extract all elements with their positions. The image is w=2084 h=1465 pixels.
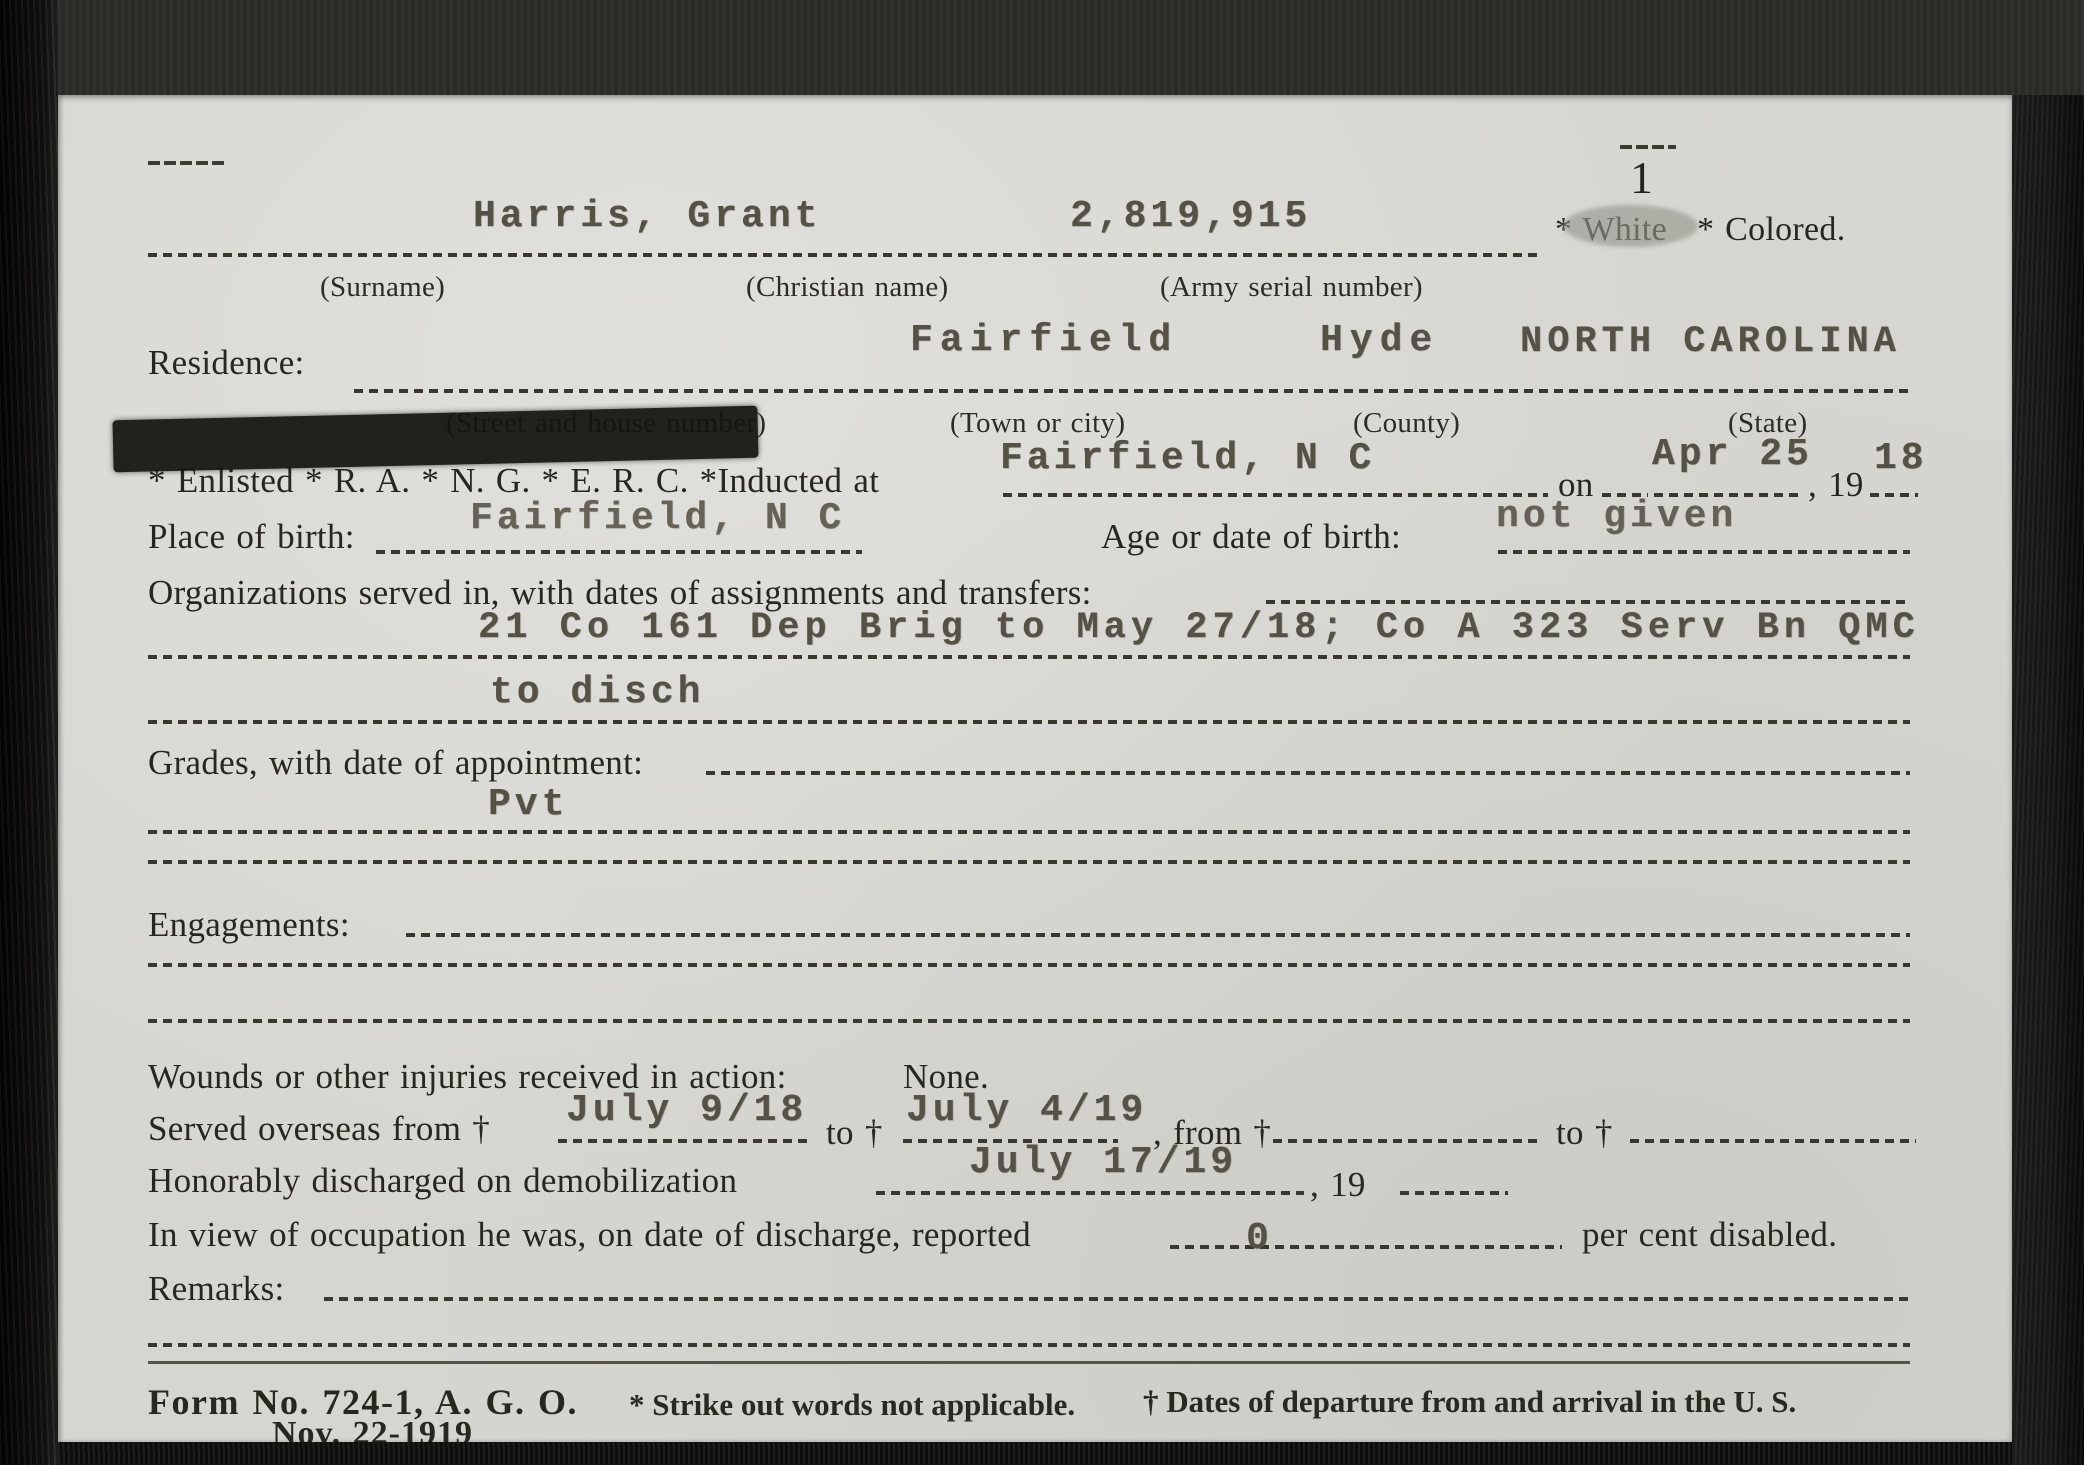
dotted-rule [1630,1139,1916,1143]
overseas-to1-value: July 4/19 [906,1089,1147,1132]
dotted-rule [324,1297,1908,1301]
scan-bottom-band [58,1442,2012,1465]
dotted-rule [148,1019,1910,1023]
disability-percent-value: 0 [1246,1217,1273,1260]
christian-name-caption: (Christian name) [746,271,949,304]
dotted-rule [1266,600,1910,604]
dotted-rule [876,1191,1304,1195]
dotted-rule [148,253,1543,257]
discharge-year-19-label: , 19 [1310,1165,1366,1205]
form-revision-note-clipped: Nov. 22-1919 [272,1415,473,1442]
surname-caption: (Surname) [320,271,445,304]
dotted-rule [148,963,1910,967]
induction-date-value: Apr 25 [1652,433,1813,476]
birthplace-label: Place of birth: [148,517,355,557]
town-caption: (Town or city) [950,407,1125,440]
organizations-line1-value: 21 Co 161 Dep Brig to May 27/18; Co A 32… [478,607,1920,649]
dotted-rule [354,389,1908,393]
dotted-rule [706,771,1910,775]
age-label: Age or date of birth: [1101,517,1401,557]
induction-year-value: 18 [1874,437,1928,480]
overseas-from1-value: July 9/18 [566,1089,807,1132]
county-caption: (County) [1353,407,1460,440]
dotted-rule [406,933,1910,937]
race-colored-option: * Colored. [1697,211,1846,249]
disability-suffix-label: per cent disabled. [1582,1215,1837,1255]
grade-value: Pvt [488,783,568,826]
scan-top-band [58,0,2084,95]
race-white-strike-smudge [1563,205,1698,247]
overseas-to-label2: to † [1556,1113,1613,1153]
overseas-to-label1: to † [826,1113,883,1153]
serial-caption: (Army serial number) [1160,271,1423,304]
serial-value: 2,819,915 [1070,195,1311,238]
dotted-rule [148,830,1910,834]
overseas-label: Served overseas from † [148,1109,490,1149]
name-value: Harris, Grant [473,195,821,238]
top-left-tick-mark [148,161,228,165]
dotted-rule [1273,1139,1543,1143]
residence-state-value: NORTH CAROLINA [1520,321,1901,363]
dotted-rule [148,720,1910,724]
inducted-place-value: Fairfield, N C [1000,437,1375,480]
scan-right-band [2012,95,2084,1465]
disability-label: In view of occupation he was, on date of… [148,1215,1031,1255]
dotted-rule [148,655,1910,659]
dotted-rule [148,1343,1910,1347]
age-value: not given [1496,495,1737,538]
discharge-date-value: July 17/19 [969,1141,1237,1184]
dotted-rule [1870,493,1918,497]
dotted-rule [1400,1191,1508,1195]
remarks-label: Remarks: [148,1269,285,1309]
residence-county-value: Hyde [1320,319,1439,362]
footer-divider-rule [148,1361,1910,1364]
page-number: 1 [1630,151,1653,204]
dotted-rule [1170,1245,1562,1249]
discharge-label: Honorably discharged on demobilization [148,1161,737,1201]
organizations-line2-value: to disch [490,671,704,714]
birthplace-value: Fairfield, N C [470,497,845,540]
residence-label: Residence: [148,343,305,383]
dotted-rule [148,860,1910,864]
departure-dates-footnote: † Dates of departure from and arrival in… [1143,1384,1796,1420]
residence-town-value: Fairfield [910,319,1178,362]
scan-left-gutter [0,0,58,1465]
page-number-tick-mark [1620,145,1676,149]
dotted-rule [1003,493,1548,497]
engagements-label: Engagements: [148,905,350,945]
grades-label: Grades, with date of appointment: [148,743,643,783]
dotted-rule [558,1139,813,1143]
year-19-label: , 19 [1808,465,1864,505]
strike-out-footnote: * Strike out words not applicable. [629,1387,1075,1423]
dotted-rule [376,550,862,554]
dotted-rule [1498,550,1910,554]
service-record-card: 1 Harris, Grant 2,819,915 * White * Colo… [58,95,2012,1442]
